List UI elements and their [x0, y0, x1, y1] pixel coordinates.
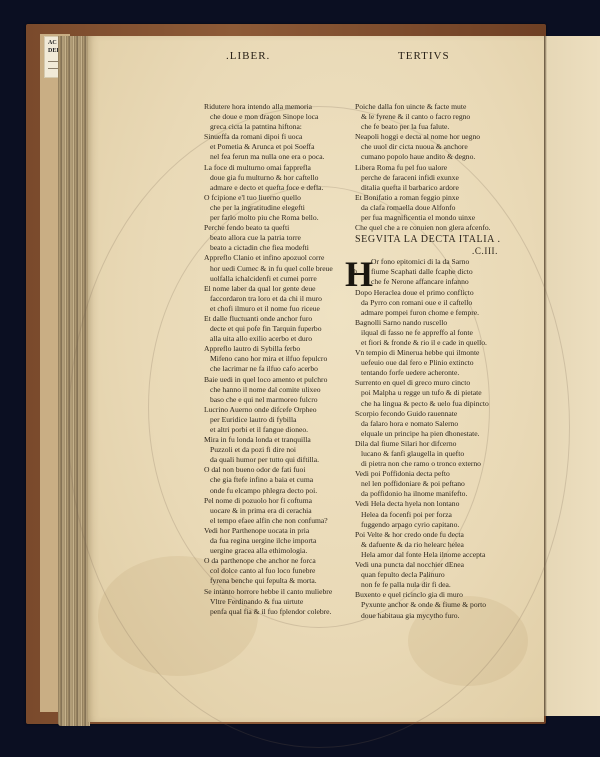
verse-line: Or fono epitomici di la da Sarno [355, 257, 501, 267]
verse-line: Appreflo lautro di Sybilla ferbo [204, 344, 333, 354]
verse-line: La foce di multurno omai fapprefla [204, 163, 333, 173]
verse-line: lucano & fanfi glaugella in quefto [355, 449, 501, 459]
verse-line: perche de faraceni infidi exunxe [355, 173, 501, 183]
verse-line: Lucrino Auerno onde difcefe Orpheo [204, 405, 333, 415]
verse-line: et fiori & fronde & rio il e cade in que… [355, 338, 501, 348]
verse-line: uergine gracea alla ethimologia. [204, 546, 333, 556]
verse-line: da Pyrro con romani oue e il caftello [355, 298, 501, 308]
verse-line: el tempo efaee alfin che non confuma? [204, 516, 333, 526]
verse-line: nel fea ferun ma nulla one era o poca. [204, 152, 333, 162]
section-heading: SEGVITA LA DECTA ITALIA . [355, 234, 501, 246]
verse-line: che hanno il nome dal comite ulixeo [204, 385, 333, 395]
verse-line: che fe beato per la fua falute. [355, 122, 501, 132]
verse-line: che doue e mon dragon Sinope loca [204, 112, 333, 122]
verse-line: et Pometia & Arunca et poi Soeffa [204, 142, 333, 152]
verse-line: che gia ftefe infino a baia et cuma [204, 475, 333, 485]
verse-line: Helea da focenfi poi per forza [355, 510, 501, 520]
verse-line: nel len poffidoniare & poi peftano [355, 479, 501, 489]
verse-line: Scorpio fecondo Guido rauennate [355, 409, 501, 419]
verse-line: Puzzoli et da pozi fi dire noi [204, 445, 333, 455]
verse-line: greca cicta la patntina hiftona: [204, 122, 333, 132]
guide-letter: h [354, 267, 358, 277]
verse-line: Appreflo Clanio et infino apozuol corre [204, 253, 333, 263]
verse-line: faccordaron tra loro et da chi il muro [204, 294, 333, 304]
verse-line: per farlo molto piu che Roma bello. [204, 213, 333, 223]
verse-line: alla uita allo exilio acerbo et duro [204, 334, 333, 344]
verse-line: da fua regina uergine ilche importa [204, 536, 333, 546]
verse-line: admare pompei furon chome e fempre. [355, 308, 501, 318]
verse-line: Dila dal fiume Silari hor difcerno [355, 439, 501, 449]
verse-line: elquale un principe ha pien dhonestate. [355, 429, 501, 439]
verse-line: da falaro hora e nomato Salerno [355, 419, 501, 429]
verse-line: & dafuente & da rio helearc helea [355, 540, 501, 550]
verse-line: Libera Roma fu pel fuo ualore [355, 163, 501, 173]
verse-line: onde fu elcampo phlegra decto poi. [204, 486, 333, 496]
verse-line: Dopo Heraclea doue el primo conflicto [355, 288, 501, 298]
verse-line: Surrento en quel di greco muro cincto [355, 378, 501, 388]
verse-line: El nome laber da qual lor gente deue [204, 284, 333, 294]
verse-line: & le fyrene & il canto o facro regno [355, 112, 501, 122]
verse-line: penfa qual fia & il fuo fplendor colebre… [204, 607, 333, 617]
verse-line: Pyxunte anchor & onde & fiume & porto [355, 600, 501, 610]
verse-line: Sinueffa da romani dipoi fi uoca [204, 132, 333, 142]
verse-line: col dolce canto al fuo loco funebre [204, 566, 333, 576]
verse-line: per Euridice lautro di fybilla [204, 415, 333, 425]
verse-line: uefeuio oue dal fero e Plinio extincto [355, 358, 501, 368]
verse-line: non fe fe palla nula dir fi dea. [355, 580, 501, 590]
verse-line: poi Malpha u regge un tufo & di pietate [355, 388, 501, 398]
text-column-left: Ridutere hora intendo alla memoriache do… [204, 102, 333, 617]
running-head-left: .LIBER. [226, 50, 270, 62]
verse-line: Neapoli hoggi e decta al nome hor uegno [355, 132, 501, 142]
verse-line: Vltre Ferdinando & fua uirtute [204, 597, 333, 607]
verse-line: O da parthenope che anchor ne forca [204, 556, 333, 566]
verse-line: per fua magnificentia el mondo uinxe [355, 213, 501, 223]
verse-line: quan fepulto decla Palinuro [355, 570, 501, 580]
verse-line: che ha lingua & pecto & uelo fua dipinct… [355, 399, 501, 409]
verse-line: O fcipione e'l tuo liuerno quello [204, 193, 333, 203]
verse-line: ditalia quefta il barbarico ardore [355, 183, 501, 193]
verse-line: Vedi poi Poffidonia decta pefto [355, 469, 501, 479]
verse-line: baso che e qui nel marmoreo fulcro [204, 395, 333, 405]
verse-line: Vedi hor Parthenope uocata in pria [204, 526, 333, 536]
verse-line: uocare & in prima era di cerachia [204, 506, 333, 516]
verse-line: Et dalle fluctuanti onde anchor furo [204, 314, 333, 324]
verse-line: che per la ingratitudine elegefti [204, 203, 333, 213]
verse-line: ilqual di fasso ne fe appreffo al fonte [355, 328, 501, 338]
chapter-number: .C.III. [355, 246, 498, 257]
verse-line: uolfalla ichalcidenfi et cumei porre [204, 274, 333, 284]
verse-line: et chofi ilmuro et il nome fuo riceue [204, 304, 333, 314]
dropcap-lines: Or fono epitomici di la da Sarno fiume S… [355, 257, 501, 287]
verse-line: Bagnolli Sarno nando ruscello [355, 318, 501, 328]
verse-line: beato allora cue la patria torre [204, 233, 333, 243]
verse-line: doue gia fu multurno & hor caftello [204, 173, 333, 183]
dropcap-paragraph: H h Or fono epitomici di la da Sarno fiu… [355, 257, 501, 287]
verse-line: Buxento e quel ricinclo gia di muro [355, 590, 501, 600]
verse-line: fyrena benche qui fepulta & morta. [204, 576, 333, 586]
verse-line: fuggendo arpago cyrio capitano. [355, 520, 501, 530]
verse-line: di pietra non che ramo o tronco externo [355, 459, 501, 469]
verse-line: Perche fendo beato ta quefti [204, 223, 333, 233]
right-column-verses-bottom: Dopo Heraclea doue el primo conflictoda … [355, 288, 501, 621]
verse-line: Vn tempio di Minerua hebbe qui ilmonte [355, 348, 501, 358]
verse-line: Poi Velte & hor credo onde fu decta [355, 530, 501, 540]
verse-line: Et Bonifatio a roman feggio pinxe [355, 193, 501, 203]
verse-line: Poiche dalla fon uincte & facte mute [355, 102, 501, 112]
verse-line: Vedi Hela decta hyela non lontano [355, 499, 501, 509]
verse-line: che uuol dir cicta nuoua & anchore [355, 142, 501, 152]
verse-line: Baie uedi in quel loco amento et pulchro [204, 375, 333, 385]
verse-line: Vedi una puncta dal nocchier dEnea [355, 560, 501, 570]
verse-line: Hela amor dal fonte Hela ilnome accepta [355, 550, 501, 560]
verse-line: O dal non bueno odor de fati fuoi [204, 465, 333, 475]
verse-line: da poffidonio ha ilnome manifefto. [355, 489, 501, 499]
verse-line: Se intanto horrore hebbe il canto mulieb… [204, 587, 333, 597]
verse-line: decte et qui pofe fin Tarquin fuperbo [204, 324, 333, 334]
verse-line: fiume Scaphati dalle fcaphe dicto [355, 267, 501, 277]
verse-line: Ridutere hora intendo alla memoria [204, 102, 333, 112]
verse-line: et altri porbi et il fangue dioneo. [204, 425, 333, 435]
running-head-right: TERTIVS [398, 50, 450, 62]
verse-line: Mira in fu londa londa et tranquilla [204, 435, 333, 445]
verse-line: tentando forfe uedere acheronte. [355, 368, 501, 378]
verse-line: beato a cictadin che fiea modefti [204, 243, 333, 253]
text-column-right: Poiche dalla fon uincte & facte mute& le… [355, 102, 501, 621]
right-column-verses-top: Poiche dalla fon uincte & facte mute& le… [355, 102, 501, 233]
verse-line: doue habitaua gia mycytho furo. [355, 611, 501, 621]
verse-line: che fe Nerone affancare infanno [355, 277, 501, 287]
verse-line: Mifeno cano hor mira et ilfuo fepulcro [204, 354, 333, 364]
verse-line: da quali humor per tutto qui diftilla. [204, 455, 333, 465]
verse-line: da clafa romaella doue Alfonfo [355, 203, 501, 213]
verse-line: Pel nome di pozuolo hor fi coftuma [204, 496, 333, 506]
verse-line: hor uedi Cumec & in fu quel colle breue [204, 264, 333, 274]
verse-line: che lacrimar ne fa ilfuo cafo acerbo [204, 364, 333, 374]
verse-line: cumano popolo haue andito & degno. [355, 152, 501, 162]
verse-line: Che quel che a re conuien non glera afce… [355, 223, 501, 233]
verse-line: admare e decto et quefta foce e defla. [204, 183, 333, 193]
